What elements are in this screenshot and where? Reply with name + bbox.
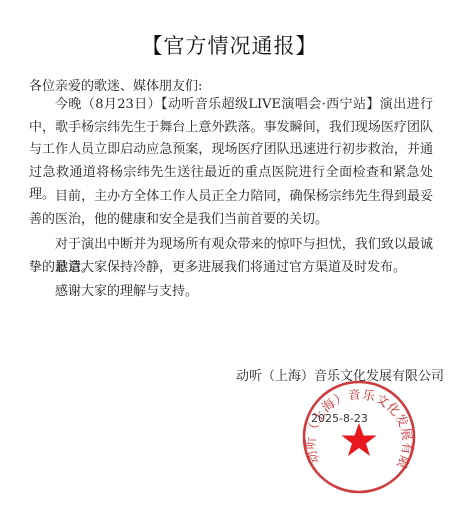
document-title: 【官方情况通报】 (0, 30, 459, 60)
paragraph-status: 目前，主办方全体工作人员正全力陪同，确保杨宗纬先生得到最妥善的医治，他的健康和安… (29, 186, 433, 231)
stamp-date: 2025-8-23 (311, 412, 368, 425)
svg-text:动听（上海）音乐文化发展有限公司: 动听（上海）音乐文化发展有限公司 (301, 379, 415, 471)
paragraph-thanks: 感谢大家的理解与支持。 (29, 281, 433, 304)
star-icon (342, 423, 377, 456)
company-seal-icon: 动听（上海）音乐文化发展有限公司 (301, 379, 417, 495)
greeting: 各位亲爱的歌迷、媒体朋友们: (29, 75, 202, 94)
paragraph-request: 恳请大家保持冷静，更多进展我们将通过官方渠道及时发布。 (29, 257, 433, 280)
seal-text: 动听（上海）音乐文化发展有限公司 (301, 379, 415, 471)
